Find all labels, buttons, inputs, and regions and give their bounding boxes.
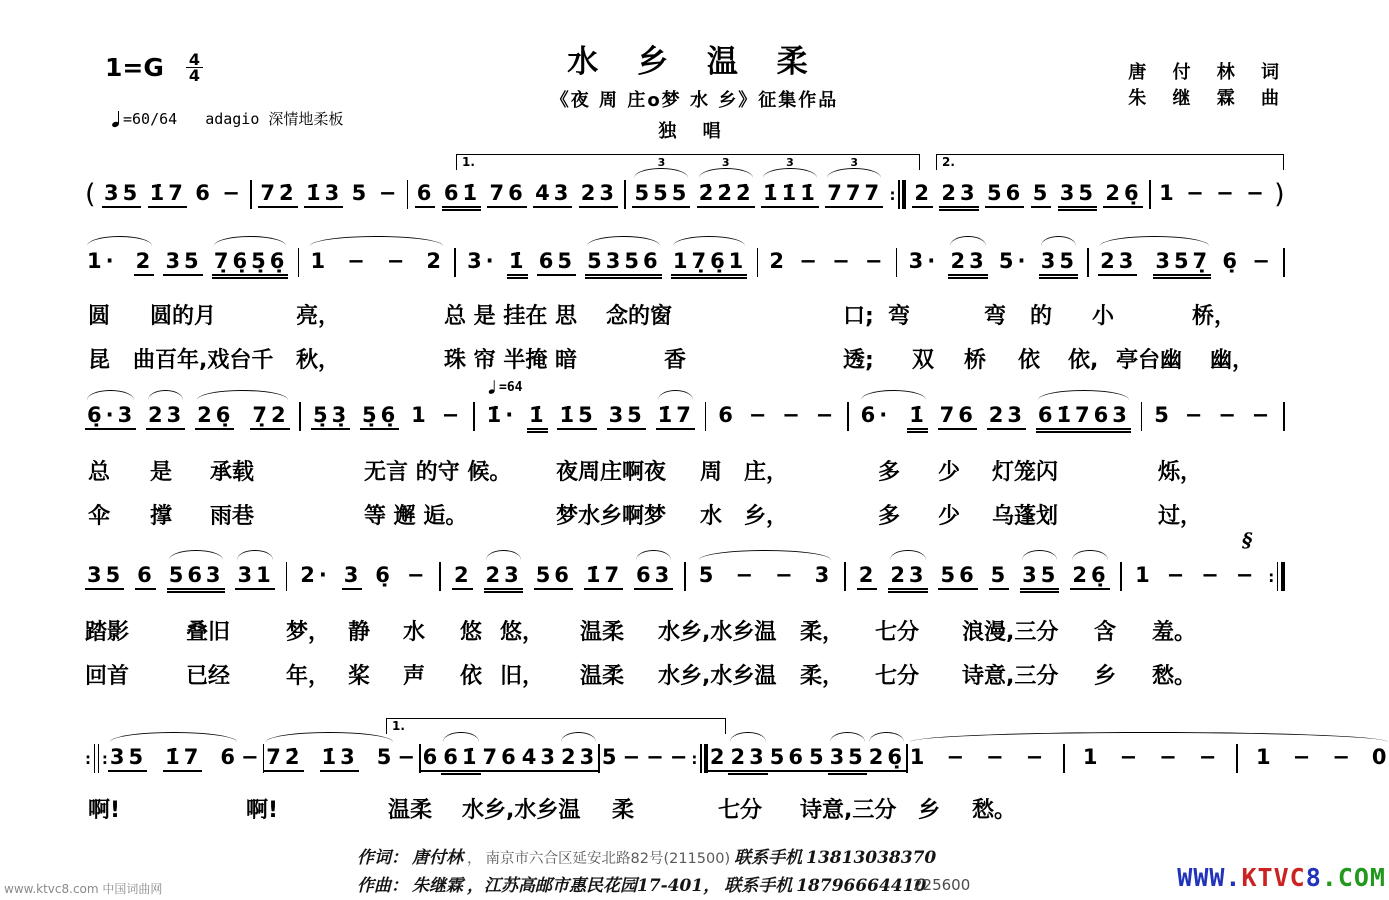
- note-digits: −: [621, 744, 645, 770]
- note-digits: 3: [813, 562, 834, 588]
- slur-arc: [148, 390, 183, 400]
- lyric-segment: 悠: [460, 620, 482, 646]
- repeat-dots-icon: :: [889, 182, 895, 208]
- note-digits: 6: [421, 744, 442, 772]
- footer-text: 作词：: [357, 848, 408, 868]
- slur-arc: [87, 236, 152, 246]
- note-digits: 1̇: [507, 248, 528, 279]
- note: 1: [409, 402, 430, 428]
- note: 17̣6̣1: [671, 248, 747, 279]
- lyric-segment: 浪漫,三分: [962, 620, 1058, 646]
- note-group: 351̇76: [108, 744, 239, 772]
- note: 43: [533, 180, 572, 208]
- note-digits: −: [1330, 744, 1354, 770]
- note: 1: [1254, 744, 1275, 770]
- note: 1̇: [907, 402, 928, 433]
- barline-stroke: [1063, 744, 1065, 773]
- footer-text: 13813038370: [806, 848, 936, 868]
- note-digits: −: [405, 562, 429, 588]
- lyric-segment: 回首: [85, 664, 129, 690]
- note-digits: 1: [908, 744, 929, 770]
- note-digits: 35: [1020, 562, 1059, 593]
- note-group: 1−−−1−−−1−−0: [908, 744, 1389, 773]
- lyric-segment: 少: [938, 460, 960, 486]
- watermark-right: WWW.KTVC8.COM: [1177, 863, 1386, 892]
- lyric-segment: 曲百年,戏台千: [133, 348, 273, 374]
- music-system-3: 6̣·32326̣7̣25̣3̣5̣6̣1−1̇·1̇1̇5351̇76−−−6…: [85, 402, 1285, 438]
- note: 5: [350, 180, 371, 206]
- barline: [1149, 180, 1151, 209]
- lyric-segment: 七分: [875, 664, 919, 690]
- note: 1̇7: [656, 402, 695, 430]
- barline: [1283, 248, 1285, 277]
- note-digits: 1̇: [527, 402, 548, 433]
- lyric-segment: 多: [878, 460, 900, 486]
- note-digits: 17̣6̣1: [671, 248, 747, 279]
- note: −: [1117, 744, 1141, 770]
- lyric-segment: 温柔: [580, 620, 624, 646]
- lyric-segment: 多: [878, 504, 900, 530]
- note: 7773: [825, 180, 883, 208]
- note-digits: 6̣: [373, 562, 394, 588]
- note: −: [773, 562, 797, 588]
- note-digits: 1̇: [907, 402, 928, 433]
- note: 2·: [298, 562, 331, 588]
- footer-text: 南京市六合区延安北路82号(211500): [486, 851, 731, 867]
- note-digits: 5: [807, 744, 828, 772]
- note-digits: −: [377, 180, 401, 206]
- note-digits: 26̣: [1103, 180, 1142, 208]
- note-digits: 1: [1157, 180, 1178, 206]
- note-digits: 76: [938, 402, 977, 430]
- triplet-number: 3: [761, 156, 819, 169]
- note-digits: 2: [134, 248, 155, 276]
- note-digits: 2̇2̇2̇: [697, 180, 755, 208]
- note: 1̇7: [148, 180, 187, 208]
- watermark-segment: WWW.: [1177, 863, 1241, 892]
- note: 6̣: [1220, 248, 1241, 274]
- note-digits: −: [1291, 744, 1315, 770]
- barline-stroke: [700, 744, 702, 773]
- note: −: [1199, 562, 1223, 588]
- note: 357̣: [1153, 248, 1211, 279]
- note-group: 1·2: [85, 248, 154, 276]
- lyric-segment: 啊!: [88, 798, 120, 824]
- barline-stroke: [439, 562, 441, 591]
- note-digits: 76: [481, 744, 520, 772]
- volta-label: 2.: [942, 155, 955, 169]
- note-digits: −: [440, 402, 464, 428]
- note: 23: [484, 562, 523, 593]
- lyric-segment: 温柔: [388, 798, 432, 824]
- lyric-segment: 灯笼闪: [992, 460, 1058, 486]
- lyric-segment: 桨: [348, 664, 370, 690]
- barline: :: [889, 180, 905, 209]
- lyric-segment: 水乡,水乡温: [658, 620, 776, 646]
- note: −: [405, 562, 429, 588]
- performance-type: 独 唱: [0, 117, 1389, 143]
- note-digits: 63: [634, 562, 673, 590]
- note-digits: 5356: [585, 248, 661, 279]
- note-digits: 6: [218, 744, 239, 770]
- note: 1̇: [527, 402, 548, 433]
- lyric-segment: 烁，: [1158, 460, 1202, 486]
- note-digits: −: [830, 248, 854, 274]
- note: 23: [146, 402, 185, 430]
- note-digits: −: [773, 562, 797, 588]
- slur-arc: [730, 732, 765, 742]
- slur-arc: [169, 550, 223, 560]
- note-digits: 6: [716, 402, 737, 428]
- note: 31: [235, 562, 274, 590]
- lyric-segment: 愁。: [972, 798, 1016, 824]
- note-digits: 35: [828, 744, 867, 775]
- note-digits: 7̣2: [250, 402, 289, 430]
- lyric-segment: 是: [150, 460, 172, 486]
- lyric-segment: 诗意,三分: [800, 798, 896, 824]
- note: 5553: [632, 180, 690, 208]
- note: 56: [768, 744, 807, 772]
- note: 1̇5: [557, 402, 596, 430]
- barline-stroke: [250, 180, 252, 209]
- note-digits: 23: [987, 402, 1026, 430]
- note: 6̣: [373, 562, 394, 588]
- barline-stroke: [1141, 402, 1143, 431]
- note: 23: [559, 744, 598, 772]
- barline-stroke: [902, 180, 906, 209]
- score-code: 225600: [913, 876, 970, 894]
- barline-stroke: [98, 744, 100, 773]
- barline-stroke: [896, 248, 898, 277]
- note: 5: [807, 744, 828, 772]
- note-digits: 2: [708, 744, 729, 772]
- lyric-segment: 乡: [918, 798, 940, 824]
- note-digits: 61̇: [442, 180, 481, 211]
- note: −: [1024, 744, 1048, 770]
- note: 1: [908, 744, 929, 770]
- slur-arc: [673, 236, 745, 246]
- note-digits: 23: [559, 744, 598, 772]
- note: 35: [163, 248, 202, 276]
- note-digits: −: [1216, 402, 1240, 428]
- note-group: 1−−2: [308, 248, 444, 274]
- slur-arc: [110, 732, 237, 742]
- note: −: [1244, 180, 1268, 206]
- barline-stroke: [286, 562, 288, 591]
- note: −: [345, 248, 369, 274]
- lyric-line-4: 伞撑雨巷等 邂 逅。梦水乡啊梦水乡，多少乌蓬划过，: [0, 504, 1389, 532]
- footer-text: 朱继霖: [412, 876, 463, 896]
- barline: :: [1268, 562, 1284, 591]
- footer-text: ，江苏高邮市惠民花园17-401，: [467, 876, 720, 896]
- note: 23: [579, 180, 618, 208]
- note: 5̣6̣: [360, 402, 399, 430]
- lyric-segment: 少: [938, 504, 960, 530]
- note-digits: 26̣: [195, 402, 234, 430]
- note: 23: [948, 248, 987, 279]
- triplet-number: 3: [825, 156, 883, 169]
- note: 1̇7: [584, 562, 623, 590]
- lyric-segment: 小: [1092, 304, 1114, 330]
- lyric-segment: 弯: [984, 304, 1006, 330]
- note-digits: −: [1199, 562, 1223, 588]
- note-digits: 1: [409, 402, 430, 428]
- barline-stroke: [1283, 402, 1285, 431]
- slur-arc: [910, 732, 1389, 742]
- note: 1: [1081, 744, 1102, 770]
- slur-arc: [950, 236, 985, 246]
- lyric-segment: 等 邂 逅。: [364, 504, 467, 530]
- note-digits: −: [1250, 402, 1274, 428]
- note: −: [377, 180, 401, 206]
- lyric-segment: 年，: [286, 664, 330, 690]
- note-digits: 5: [1031, 180, 1052, 208]
- note-digits: 72̇: [264, 744, 303, 772]
- note: 6: [716, 402, 737, 428]
- note-digits: −: [644, 744, 668, 770]
- note: 35: [102, 180, 141, 208]
- note: −: [1250, 402, 1274, 428]
- note: −: [1157, 744, 1181, 770]
- note-digits: 1: [1254, 744, 1275, 770]
- note-digits: 56: [938, 562, 977, 590]
- barline: [684, 562, 686, 591]
- lyric-segment: 梦，: [286, 620, 330, 646]
- note: 3: [342, 562, 363, 590]
- barline-stroke: [1087, 248, 1089, 277]
- lyric-segment: 乌蓬划: [992, 504, 1058, 530]
- lyric-segment: 柔: [612, 798, 634, 824]
- note: 76: [938, 402, 977, 430]
- note-digits: 23: [579, 180, 618, 208]
- note-digits: −: [1244, 180, 1268, 206]
- lyric-segment: 梦水乡啊梦: [556, 504, 666, 530]
- note-digits: 6·: [859, 402, 892, 428]
- lyricist-credit: 唐 付 林 词: [1128, 60, 1289, 86]
- note-group: 26̣7̣2: [195, 402, 289, 430]
- barline: [705, 402, 707, 431]
- note: 23: [888, 562, 927, 593]
- barline: [298, 248, 300, 277]
- note: 5: [1031, 180, 1052, 208]
- barline-stroke: [1149, 180, 1151, 209]
- note-digits: 5̣3̣: [311, 402, 350, 430]
- lyric-segment: 承载: [210, 460, 254, 486]
- barline-stroke: [298, 248, 300, 277]
- note-group: 5−−3: [697, 562, 833, 588]
- lyric-segment: 水乡,水乡温: [462, 798, 580, 824]
- note-digits: −: [220, 180, 244, 206]
- note-digits: 6: [193, 180, 214, 206]
- note: −: [984, 744, 1008, 770]
- note-digits: −: [797, 248, 821, 274]
- note: 65: [537, 248, 576, 276]
- note-digits: 563: [167, 562, 225, 593]
- volta-bracket-2: 2.: [936, 154, 1284, 170]
- lyric-line-1: 圆圆的月亮，总 是 挂在 思念的窗口;弯弯的小桥，: [0, 304, 1389, 332]
- note: 56: [985, 180, 1024, 208]
- note: −: [1184, 180, 1208, 206]
- barline-stroke: [757, 248, 759, 277]
- note-digits: 65: [537, 248, 576, 276]
- barline-stroke: [94, 744, 96, 773]
- repeat-dots-icon: :: [85, 746, 91, 772]
- note: 5: [1152, 402, 1173, 428]
- barline: [1120, 562, 1122, 591]
- footer-text: 唐付林: [412, 848, 463, 868]
- note-digits: 35: [163, 248, 202, 276]
- lyric-segment: 珠 帘 半掩 暗: [444, 348, 577, 374]
- note: −: [863, 248, 887, 274]
- note-digits: 35: [102, 180, 141, 208]
- note-digits: −: [984, 744, 1008, 770]
- note-digits: 26̣: [867, 744, 906, 772]
- footer-text: 作曲：: [357, 876, 408, 896]
- note-digits: −: [1214, 180, 1238, 206]
- note: 6̣·3: [85, 402, 136, 430]
- barline-stroke: [299, 402, 301, 431]
- slur-arc: [699, 550, 831, 560]
- note-digits: −: [733, 562, 757, 588]
- lyric-segment: 柔，: [800, 620, 844, 646]
- watermark-segment: 8: [1306, 863, 1322, 892]
- note: 1: [308, 248, 329, 274]
- lyric-segment: 乡: [1094, 664, 1116, 690]
- barline: [896, 248, 898, 277]
- note: 1̇·: [485, 402, 518, 428]
- tempo-change-marking: =64: [488, 379, 522, 395]
- note: 2: [912, 180, 933, 208]
- volta-bracket-3: 1.: [386, 718, 726, 734]
- lyric-segment: 含: [1094, 620, 1116, 646]
- note-digits: 1̇7: [163, 744, 202, 772]
- note: 6: [193, 180, 214, 206]
- slur-arc: [587, 236, 659, 246]
- lyric-segment: 依: [460, 664, 482, 690]
- note: 1: [1133, 562, 1154, 588]
- note-digits: 5: [600, 744, 621, 770]
- note-digits: 6: [415, 180, 436, 208]
- watermark-left: www.ktvc8.com 中国词曲网: [4, 880, 162, 897]
- note-digits: −: [385, 248, 409, 274]
- note: −: [1291, 744, 1315, 770]
- barline: [1283, 402, 1285, 431]
- lyric-line-2: 昆曲百年,戏台千秋，珠 帘 半掩 暗香透;双桥依依,亭台幽幽，: [0, 348, 1389, 376]
- note: 1̇3: [304, 180, 343, 208]
- note-digits: 777: [825, 180, 883, 208]
- note: 23: [987, 402, 1026, 430]
- note: −: [1197, 744, 1221, 770]
- note: −: [944, 744, 968, 770]
- note: 35: [1020, 562, 1059, 593]
- note: −: [733, 562, 757, 588]
- music-system-1: (351̇76−72̇1̇35−661̇76432355532̇2̇2̇31̇1…: [85, 180, 1285, 216]
- lyric-segment: 透;: [843, 348, 874, 374]
- lyric-segment: 圆: [88, 304, 110, 330]
- composer-credit: 朱 继 霖 曲: [1128, 86, 1289, 112]
- note-digits: 35: [1039, 248, 1078, 279]
- note-digits: 2: [424, 248, 445, 274]
- note: −: [239, 744, 263, 770]
- note-digits: 7̣6̣5̣6̣: [212, 248, 288, 279]
- note-digits: 72̇: [258, 180, 297, 208]
- music-system-4: 356563312·36̣−223561̇7635−−32235653526̣1…: [85, 562, 1285, 598]
- lyric-segment: 双: [912, 348, 934, 374]
- lyric-segment: 羞。: [1152, 620, 1196, 646]
- footer-lyricist-contact: 作词：唐付林，南京市六合区延安北路82号(211500)联系手机13813038…: [357, 843, 940, 868]
- note-digits: 5: [989, 562, 1010, 590]
- slur-arc: [237, 550, 272, 560]
- note: 1̇7: [163, 744, 202, 772]
- slur-arc: [1072, 550, 1107, 560]
- lyric-segment: 念的窗: [606, 304, 672, 330]
- note: −: [1330, 744, 1354, 770]
- barline: [299, 402, 301, 431]
- lyric-segment: 总: [88, 460, 110, 486]
- note: 23: [939, 180, 978, 211]
- note-digits: 1̇·: [485, 402, 518, 428]
- lyric-segment: 过，: [1158, 504, 1202, 530]
- note-digits: 1: [1133, 562, 1154, 588]
- note-digits: 5: [350, 180, 371, 206]
- note: −: [1214, 180, 1238, 206]
- note-digits: 5: [375, 744, 396, 770]
- note-digits: −: [747, 402, 771, 428]
- note-digits: 2: [767, 248, 788, 274]
- lyric-segment: 撑: [150, 504, 172, 530]
- note-digits: 3: [342, 562, 363, 590]
- note-digits: 23: [146, 402, 185, 430]
- note: 26̣: [867, 744, 906, 772]
- barline: [286, 562, 288, 591]
- lyric-line-3: 总是承载无言 的守 候。夜周庄啊夜周庄，多少灯笼闪烁，: [0, 460, 1389, 488]
- note: 61̇: [441, 744, 480, 775]
- slur-arc: [266, 732, 393, 742]
- note: 35: [108, 744, 147, 772]
- note-digits: 357̣: [1153, 248, 1211, 279]
- note: 26̣: [1070, 562, 1109, 590]
- note-digits: 1̇1̇1̇: [761, 180, 819, 208]
- lyric-segment: 温柔: [580, 664, 624, 690]
- barline-stroke: [454, 248, 456, 277]
- note-digits: 76: [487, 180, 526, 208]
- lyric-segment: 水: [700, 504, 722, 530]
- slur-arc: [890, 550, 925, 560]
- lyric-segment: 桥，: [1192, 304, 1236, 330]
- sheet-music-page: 1=G 4 4 =60/64 adagio 深情地柔板 水 乡 温 柔 《夜 周…: [0, 0, 1389, 900]
- repeat-dots-icon: :: [1268, 564, 1274, 590]
- tempo-change-value: =64: [499, 380, 522, 395]
- music-system-5: ::351̇76−72̇1̇35−661̇7643235−−−:22356535…: [85, 744, 1285, 780]
- note: 35: [85, 562, 124, 590]
- note: 2: [134, 248, 155, 276]
- note: 61̇763: [1036, 402, 1131, 433]
- note-digits: −: [239, 744, 263, 770]
- barline: [1141, 402, 1143, 431]
- note: 23: [728, 744, 767, 775]
- note: 23: [1098, 248, 1137, 276]
- note-digits: −: [780, 402, 804, 428]
- slur-arc: [1038, 390, 1129, 400]
- barline-stroke: [407, 180, 409, 209]
- note-digits: 23: [888, 562, 927, 593]
- note: 2: [857, 562, 878, 590]
- note-digits: 43: [520, 744, 559, 772]
- note-digits: 23: [728, 744, 767, 775]
- note: 56: [534, 562, 573, 590]
- lyric-segment: 柔，: [800, 664, 844, 690]
- note-digits: 5·: [997, 248, 1030, 274]
